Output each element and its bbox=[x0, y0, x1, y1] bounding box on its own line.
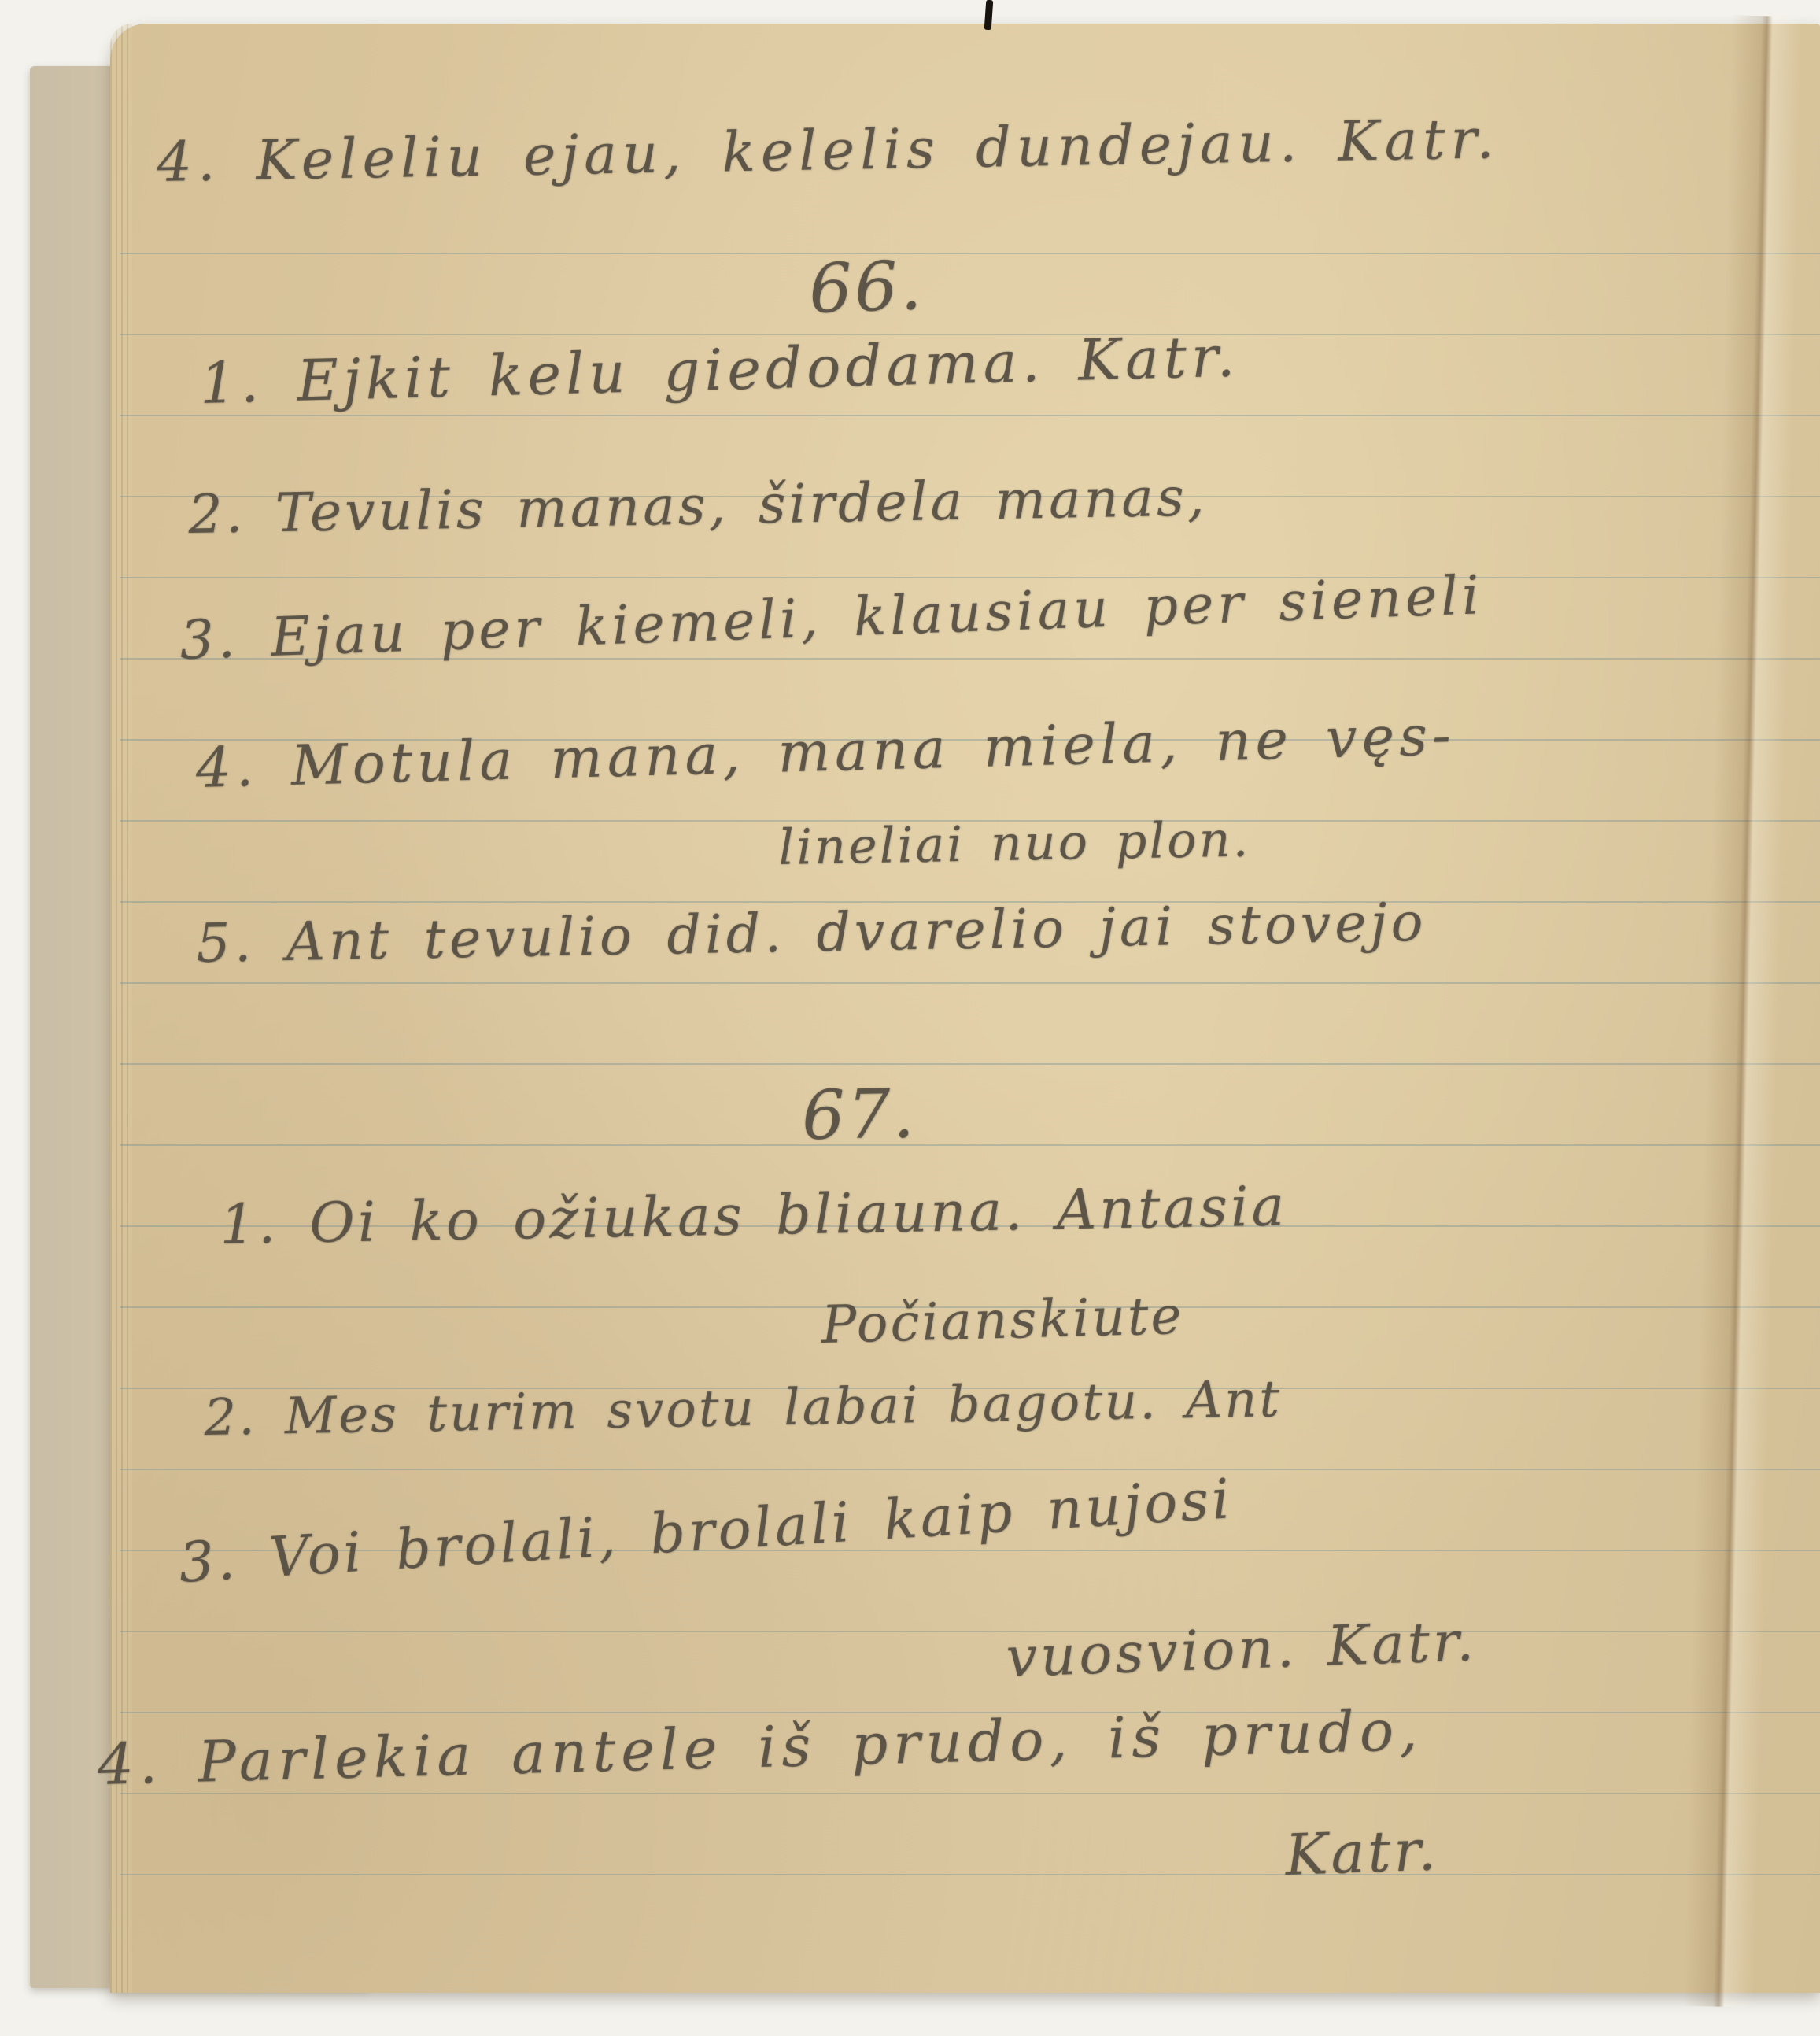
song-number-66: 66. bbox=[808, 246, 925, 329]
singer-name: Počianskiute bbox=[821, 1285, 1184, 1355]
scanned-notebook-photo: 4. Keleliu ejau, kelelis dundejau. Katr.… bbox=[0, 0, 1820, 2036]
singer-abbrev: Katr. bbox=[1284, 1816, 1440, 1888]
scan-background-bottom bbox=[0, 1993, 1820, 2036]
ruled-lines bbox=[120, 173, 1820, 1881]
song-number-67: 67. bbox=[801, 1074, 917, 1155]
notebook-page bbox=[110, 24, 1820, 1993]
song-66-verse-4-cont: lineliai nuo plon. bbox=[778, 811, 1251, 876]
